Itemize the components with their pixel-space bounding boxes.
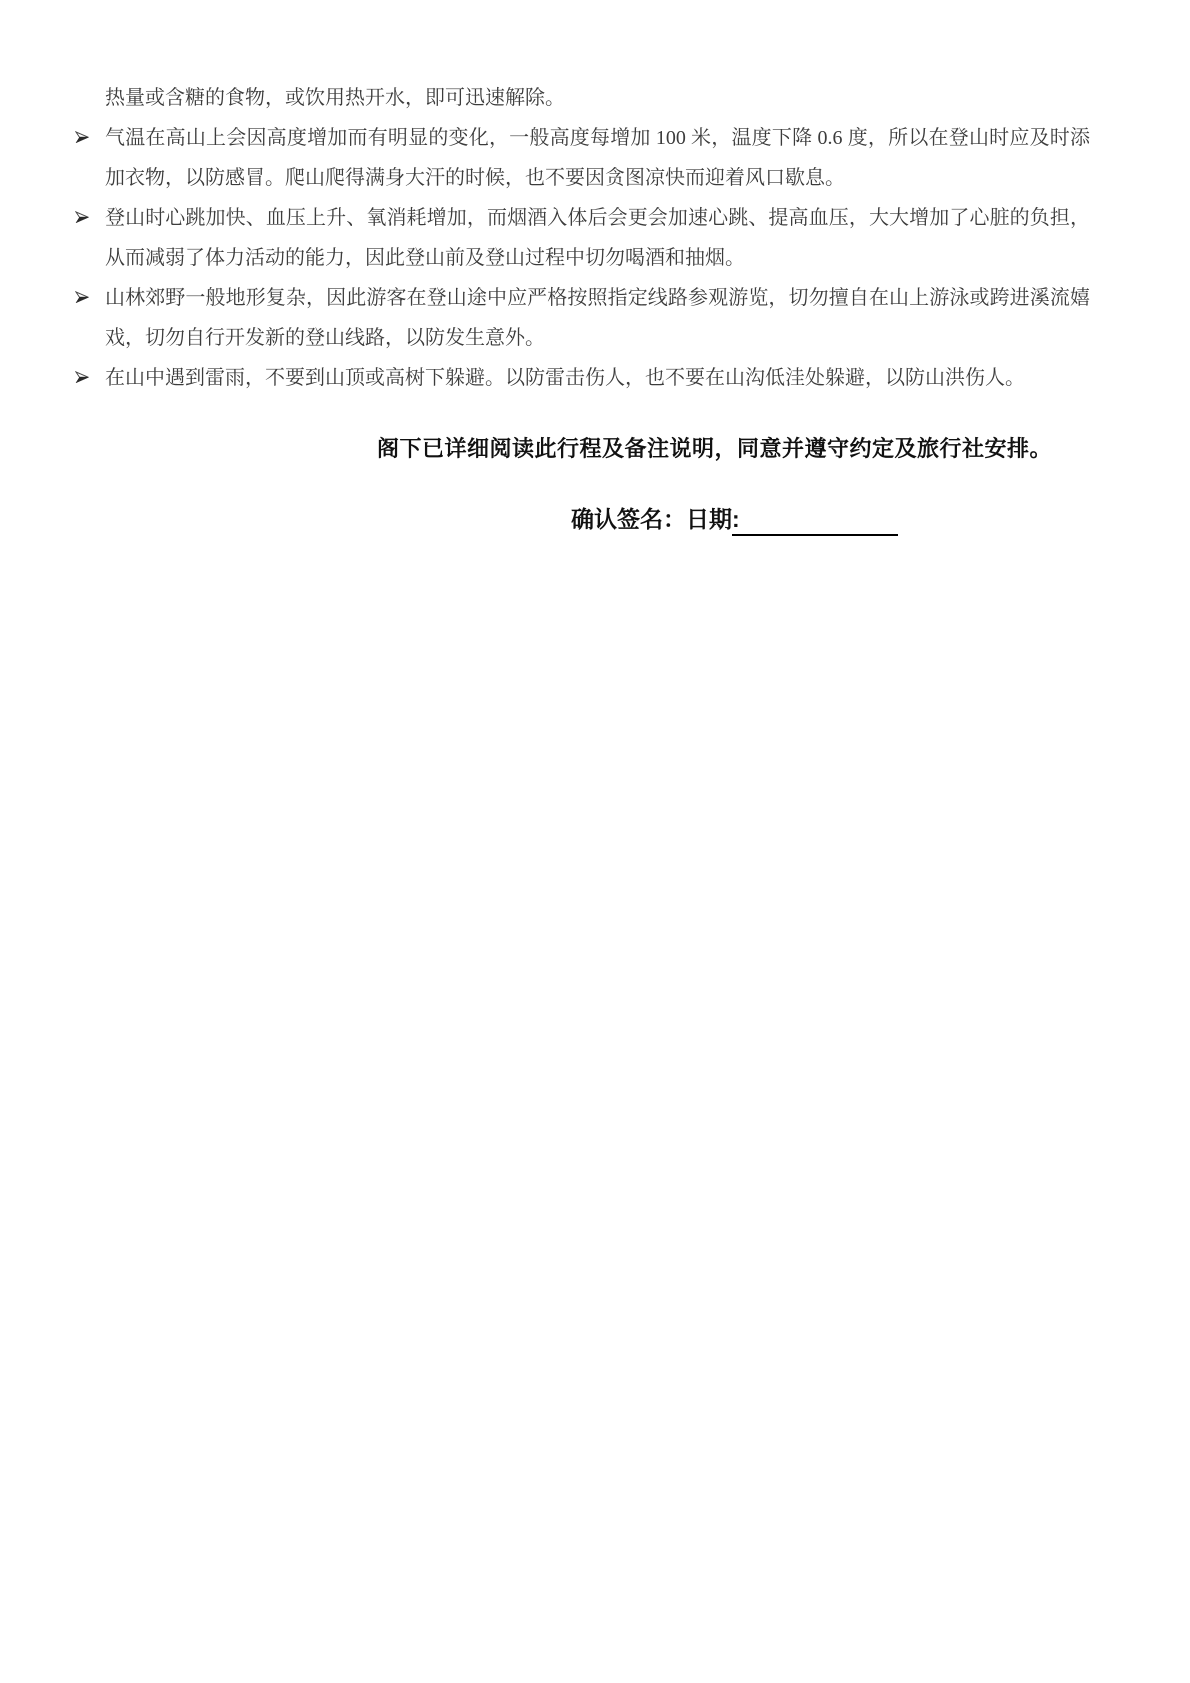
- bullet-paragraph: 登山时心跳加快、血压上升、氧消耗增加，而烟酒入体后会更会加速心跳、提高血压，大大…: [105, 198, 1090, 278]
- arrowhead-bullet-icon: [75, 118, 105, 144]
- document-page: 热量或含糖的食物，或饮用热开水，即可迅速解除。 气温在高山上会因高度增加而有明显…: [0, 0, 1190, 1683]
- arrowhead-bullet-icon: [75, 198, 105, 224]
- signature-line: 确认签名：日期:: [571, 502, 1090, 536]
- bullet-paragraph: 在山中遇到雷雨，不要到山顶或高树下躲避。以防雷击伤人，也不要在山沟低洼处躲避，以…: [105, 358, 1090, 398]
- arrowhead-bullet-icon: [75, 358, 105, 384]
- date-colon: :: [732, 506, 740, 532]
- arrowhead-bullet-icon: [75, 278, 105, 304]
- confirmation-statement: 阁下已详细阅读此行程及备注说明，同意并遵守约定及旅行社安排。: [377, 432, 1090, 466]
- bullet-paragraph: 山林郊野一般地形复杂，因此游客在登山途中应严格按照指定线路参观游览，切勿擅自在山…: [105, 278, 1090, 358]
- paragraph-continuation: 热量或含糖的食物，或饮用热开水，即可迅速解除。: [105, 78, 1090, 118]
- bullet-item: 山林郊野一般地形复杂，因此游客在登山途中应严格按照指定线路参观游览，切勿擅自在山…: [105, 278, 1090, 358]
- date-blank-line: :: [732, 504, 898, 536]
- bullet-paragraph: 气温在高山上会因高度增加而有明显的变化，一般高度每增加 100 米，温度下降 0…: [105, 118, 1090, 198]
- bullet-item: 在山中遇到雷雨，不要到山顶或高树下躲避。以防雷击伤人，也不要在山沟低洼处躲避，以…: [105, 358, 1090, 398]
- bullet-item: 登山时心跳加快、血压上升、氧消耗增加，而烟酒入体后会更会加速心跳、提高血压，大大…: [105, 198, 1090, 278]
- bullet-item: 气温在高山上会因高度增加而有明显的变化，一般高度每增加 100 米，温度下降 0…: [105, 118, 1090, 198]
- document-content: 热量或含糖的食物，或饮用热开水，即可迅速解除。 气温在高山上会因高度增加而有明显…: [105, 78, 1090, 536]
- signature-date-label: 确认签名：日期: [571, 506, 732, 532]
